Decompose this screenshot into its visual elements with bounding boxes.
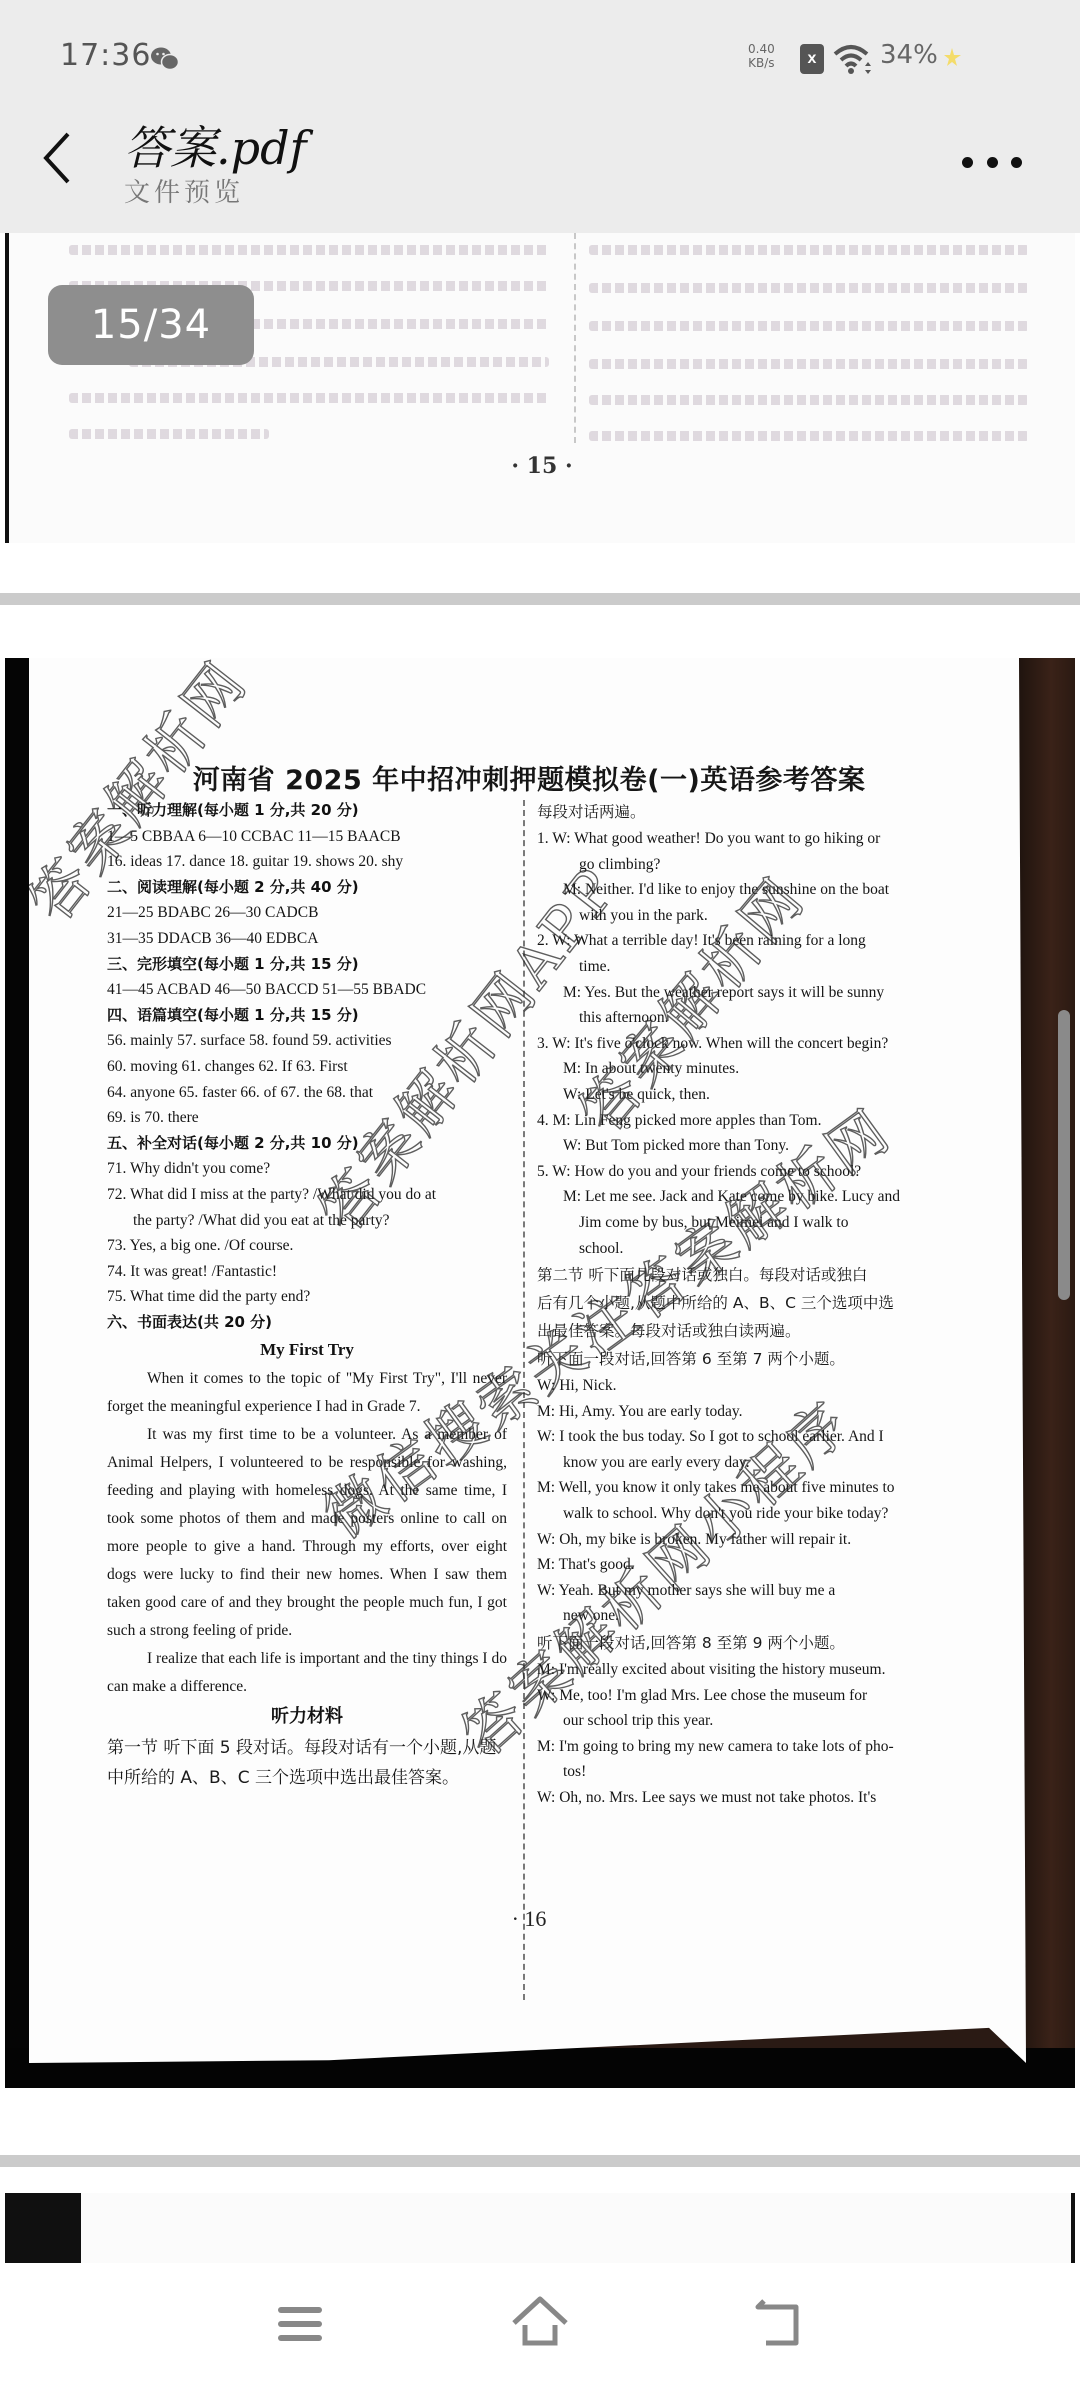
faded-text bbox=[69, 393, 549, 403]
back-button[interactable] bbox=[36, 128, 80, 188]
back-nav-button[interactable] bbox=[750, 2295, 810, 2351]
net-speed-unit: KB/s bbox=[748, 56, 775, 70]
text-line: new one. bbox=[537, 1603, 955, 1629]
text-line: 后有几个小题,从题中所给的 A、B、C 三个选项中选 bbox=[537, 1289, 955, 1317]
text-line: 听下面一段对话,回答第 8 至第 9 两个小题。 bbox=[537, 1629, 955, 1657]
text-line: W: I took the bus today. So I got to sch… bbox=[537, 1424, 955, 1450]
text-line: W: Oh, my bike is broken. My father will… bbox=[537, 1527, 955, 1553]
text-line: W: Me, too! I'm glad Mrs. Lee chose the … bbox=[537, 1683, 955, 1709]
faded-text bbox=[589, 431, 1029, 441]
text-line: Jim come by bus, but Meimei and I walk t… bbox=[537, 1210, 955, 1236]
faded-text bbox=[589, 283, 1029, 293]
text-line: know you are early every day. bbox=[537, 1450, 955, 1476]
dot-icon bbox=[987, 157, 998, 168]
text-line: with you in the park. bbox=[537, 903, 955, 929]
text-line: the party? /What did you eat at the part… bbox=[107, 1208, 507, 1234]
text-line: 71. Why didn't you come? bbox=[107, 1156, 507, 1182]
wifi-icon bbox=[833, 44, 873, 76]
text-line: tos! bbox=[537, 1759, 955, 1785]
section-heading: 六、书面表达(共 20 分) bbox=[107, 1310, 507, 1336]
pdf-viewer[interactable]: · 15 · 15/34 河南省 2025 年中招冲刺押题模拟卷(一)英语参考答… bbox=[0, 233, 1080, 2263]
app-header: 17:36 0.40 KB/s x 34% 答案.pdf 文件预览 bbox=[0, 0, 1080, 233]
text-line: 31—35 DDACB 36—40 EDBCA bbox=[107, 926, 507, 952]
scrollbar-thumb[interactable] bbox=[1058, 1010, 1070, 1300]
essay-title: My First Try bbox=[107, 1335, 507, 1365]
text-line: M: Yes. But the weather report says it w… bbox=[537, 980, 955, 1006]
text-line: 5. W: How do you and your friends come t… bbox=[537, 1159, 955, 1185]
text-line: 1. W: What good weather! Do you want to … bbox=[537, 826, 955, 852]
text-line: W: Yeah. But my mother says she will buy… bbox=[537, 1578, 955, 1604]
text-line: M: Let me see. Jack and Kate come by bik… bbox=[537, 1184, 955, 1210]
home-button[interactable] bbox=[510, 2295, 570, 2351]
battery-percent: 34% bbox=[880, 40, 938, 70]
faded-text bbox=[69, 429, 269, 439]
faded-text bbox=[589, 321, 1029, 331]
text-line: 41—45 ACBAD 46—50 BACCD 51—55 BBADC bbox=[107, 977, 507, 1003]
faded-text bbox=[589, 359, 1029, 369]
text-line: time. bbox=[537, 954, 955, 980]
network-speed: 0.40 KB/s bbox=[748, 42, 775, 70]
text-line: 21—25 BDABC 26—30 CADCB bbox=[107, 900, 507, 926]
text-line: M: That's good. bbox=[537, 1552, 955, 1578]
menu-button[interactable] bbox=[270, 2295, 330, 2351]
text-line: M: In about twenty minutes. bbox=[537, 1056, 955, 1082]
scanned-paper bbox=[81, 2193, 1071, 2263]
essay-paragraph: I realize that each life is important an… bbox=[107, 1645, 507, 1701]
text-line: 16. ideas 17. dance 18. guitar 19. shows… bbox=[107, 849, 507, 875]
text-line: W: Oh, no. Mrs. Lee says we must not tak… bbox=[537, 1785, 955, 1811]
file-title: 答案.pdf bbox=[124, 112, 307, 178]
page-number: · 16 bbox=[29, 1906, 1029, 1932]
text-line: our school trip this year. bbox=[537, 1708, 955, 1734]
section-heading: 二、阅读理解(每小题 2 分,共 40 分) bbox=[107, 875, 507, 901]
right-column: 每段对话两遍。1. W: What good weather! Do you w… bbox=[537, 798, 955, 1811]
section-1-intro: 第一节 听下面 5 段对话。每段对话有一个小题,从题中所给的 A、B、C 三个选… bbox=[107, 1733, 507, 1793]
section-heading: 五、补全对话(每小题 2 分,共 10 分) bbox=[107, 1131, 507, 1157]
text-line: 73. Yes, a big one. /Of course. bbox=[107, 1233, 507, 1259]
essay-paragraph: It was my first time to be a volunteer. … bbox=[107, 1421, 507, 1645]
column-divider bbox=[523, 800, 525, 2000]
column-divider bbox=[574, 233, 576, 443]
status-time: 17:36 bbox=[60, 38, 151, 73]
text-line: W: Let's be quick, then. bbox=[537, 1082, 955, 1108]
text-line: W: But Tom picked more than Tony. bbox=[537, 1133, 955, 1159]
faded-text bbox=[69, 245, 549, 255]
page-indicator: 15/34 bbox=[48, 285, 254, 365]
pdf-page-15: · 15 · bbox=[5, 233, 1075, 543]
text-line: 每段对话两遍。 bbox=[537, 798, 955, 826]
text-line: walk to school. Why don't you ride your … bbox=[537, 1501, 955, 1527]
section-heading: 一、听力理解(每小题 1 分,共 20 分) bbox=[107, 798, 507, 824]
more-options-button[interactable] bbox=[962, 150, 1022, 174]
text-line: 4. M: Lin Feng picked more apples than T… bbox=[537, 1108, 955, 1134]
left-column: 一、听力理解(每小题 1 分,共 20 分)1—5 CBBAA 6—10 CCB… bbox=[107, 798, 507, 1793]
text-line: 1—5 CBBAA 6—10 CCBAC 11—15 BAACB bbox=[107, 824, 507, 850]
battery-saver-icon bbox=[944, 46, 964, 70]
dot-icon bbox=[962, 157, 973, 168]
pdf-page-17 bbox=[5, 2193, 1075, 2263]
text-line: M: Neither. I'd like to enjoy the sunshi… bbox=[537, 877, 955, 903]
scanned-paper: 河南省 2025 年中招冲刺押题模拟卷(一)英语参考答案 一、听力理解(每小题 … bbox=[29, 658, 1029, 2063]
text-line: 第二节 听下面几段对话或独白。每段对话或独白 bbox=[537, 1261, 955, 1289]
net-speed-value: 0.40 bbox=[748, 42, 775, 56]
text-line: M: Well, you know it only takes me about… bbox=[537, 1475, 955, 1501]
text-line: 2. W: What a terrible day! It's been rai… bbox=[537, 928, 955, 954]
file-subtitle: 文件预览 bbox=[124, 172, 244, 209]
page-separator bbox=[0, 593, 1080, 605]
text-line: 69. is 70. there bbox=[107, 1105, 507, 1131]
text-line: M: Hi, Amy. You are early today. bbox=[537, 1399, 955, 1425]
faded-text bbox=[589, 245, 1029, 255]
sim-card-icon: x bbox=[800, 44, 824, 74]
text-line: this afternoon. bbox=[537, 1005, 955, 1031]
text-line: M: I'm really excited about visiting the… bbox=[537, 1657, 955, 1683]
faded-text bbox=[589, 395, 1029, 405]
essay-paragraph: When it comes to the topic of "My First … bbox=[107, 1365, 507, 1421]
section-heading: 四、语篇填空(每小题 1 分,共 15 分) bbox=[107, 1003, 507, 1029]
text-line: 75. What time did the party end? bbox=[107, 1284, 507, 1310]
text-line: 听下面一段对话,回答第 6 至第 7 两个小题。 bbox=[537, 1345, 955, 1373]
text-line: 60. moving 61. changes 62. If 63. First bbox=[107, 1054, 507, 1080]
listening-material-title: 听力材料 bbox=[107, 1701, 507, 1733]
photo-edge bbox=[5, 658, 29, 2088]
system-nav-bar bbox=[0, 2263, 1080, 2388]
dot-icon bbox=[1011, 157, 1022, 168]
text-line: 74. It was great! /Fantastic! bbox=[107, 1259, 507, 1285]
document-title: 河南省 2025 年中招冲刺押题模拟卷(一)英语参考答案 bbox=[29, 758, 1029, 797]
section-heading: 三、完形填空(每小题 1 分,共 15 分) bbox=[107, 952, 507, 978]
text-line: 56. mainly 57. surface 58. found 59. act… bbox=[107, 1028, 507, 1054]
text-line: M: I'm going to bring my new camera to t… bbox=[537, 1734, 955, 1760]
pdf-page-16: 河南省 2025 年中招冲刺押题模拟卷(一)英语参考答案 一、听力理解(每小题 … bbox=[5, 658, 1075, 2088]
page-number: · 15 · bbox=[9, 453, 1075, 479]
text-line: W: Hi, Nick. bbox=[537, 1373, 955, 1399]
text-line: 3. W: It's five o'clock now. When will t… bbox=[537, 1031, 955, 1057]
wechat-notification-icon bbox=[150, 46, 180, 72]
text-line: 64. anyone 65. faster 66. of 67. the 68.… bbox=[107, 1080, 507, 1106]
page-separator bbox=[0, 2155, 1080, 2167]
text-line: 出最佳答案。每段对话或独白读两遍。 bbox=[537, 1317, 955, 1345]
text-line: go climbing? bbox=[537, 852, 955, 878]
text-line: school. bbox=[537, 1236, 955, 1262]
text-line: 72. What did I miss at the party? /What … bbox=[107, 1182, 507, 1208]
